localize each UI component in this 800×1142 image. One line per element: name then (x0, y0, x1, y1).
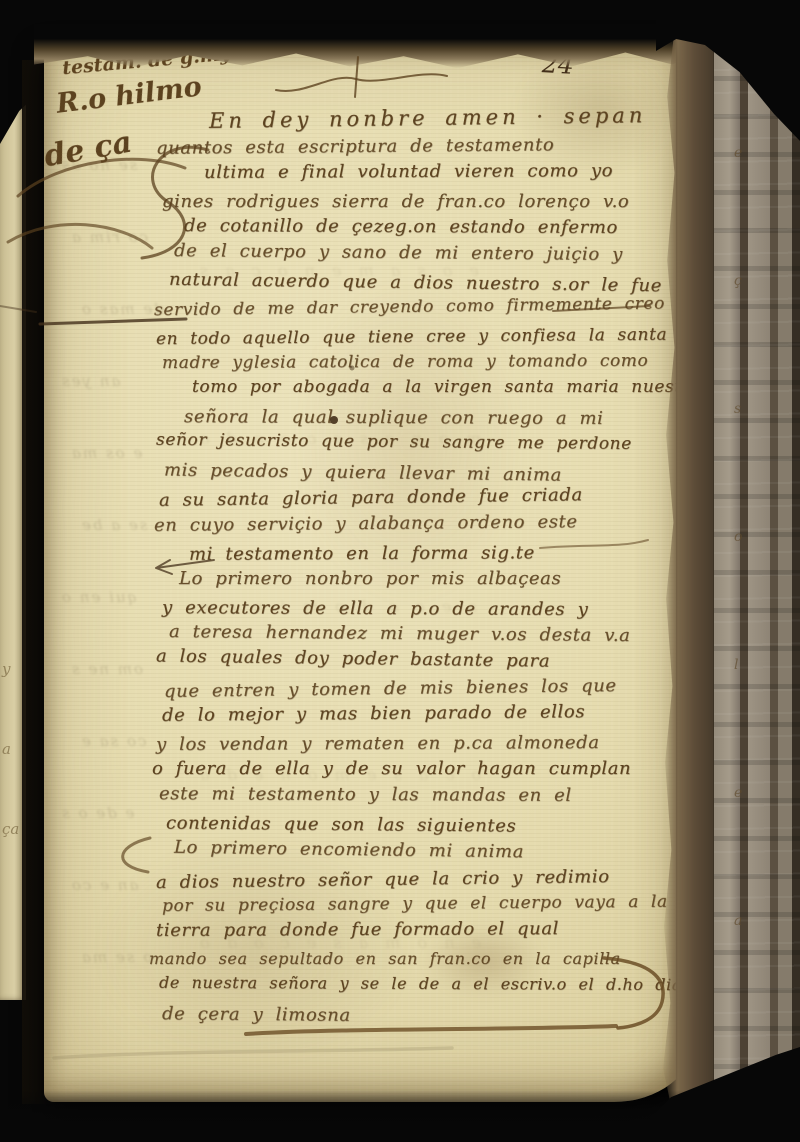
bleedthrough-text: e de o s (60, 804, 134, 822)
bleedthrough-text: m o n e s e c o a d o (194, 429, 481, 448)
stack-ink-fragment: e (734, 785, 742, 801)
bleedthrough-text: an yes (60, 372, 120, 390)
manuscript-page: 24 testam. de g.my R.o hilmo de ça En de… (44, 36, 694, 1102)
bleedthrough-text: o se ma (80, 948, 152, 966)
bleedthrough-text: qui en o (60, 588, 137, 606)
adjacent-page-ink-fragment: ça (2, 820, 19, 838)
stack-ink-fragment: s (734, 401, 741, 417)
bleedthrough-text: o c a s e m o n e d a (194, 765, 481, 784)
bleedthrough-text: se a be (80, 516, 148, 534)
bleedthrough-block: se no esco rim ade mas oan yese os mase … (44, 36, 694, 1102)
bleedthrough-text: e o s a m e n o c a s (194, 261, 479, 280)
bleedthrough-text: de mas o (80, 300, 164, 318)
bleedthrough-text: s e c a d o m i n e o (194, 597, 477, 616)
bleedthrough-text: se no es (60, 156, 137, 174)
stack-texture (714, 0, 800, 1142)
bleedthrough-text: om ne s (70, 660, 143, 678)
bleedthrough-text: co rim a (70, 228, 148, 246)
adjacent-page-ink-fragment: y (2, 660, 10, 678)
photograph-background: yaça 24 testam. de g.my R.o hilmo de ça … (0, 0, 800, 1142)
stack-ink-fragment: l (734, 657, 738, 673)
stack-ink-fragment: e (734, 145, 742, 161)
bottom-shadow (0, 1090, 800, 1142)
stack-ink-fragment: o (734, 529, 742, 545)
adjacent-page-ink-fragment: a (2, 740, 11, 758)
bleedthrough-text: e os ma (70, 444, 142, 462)
bleedthrough-text: co sa e (80, 732, 147, 750)
stack-ink-fragment: a (734, 913, 742, 929)
bleedthrough-text: an e co (70, 876, 138, 894)
bleedthrough-text: e n o m a s e c o d o (194, 933, 481, 952)
stack-ink-fragment: ç (734, 273, 742, 289)
